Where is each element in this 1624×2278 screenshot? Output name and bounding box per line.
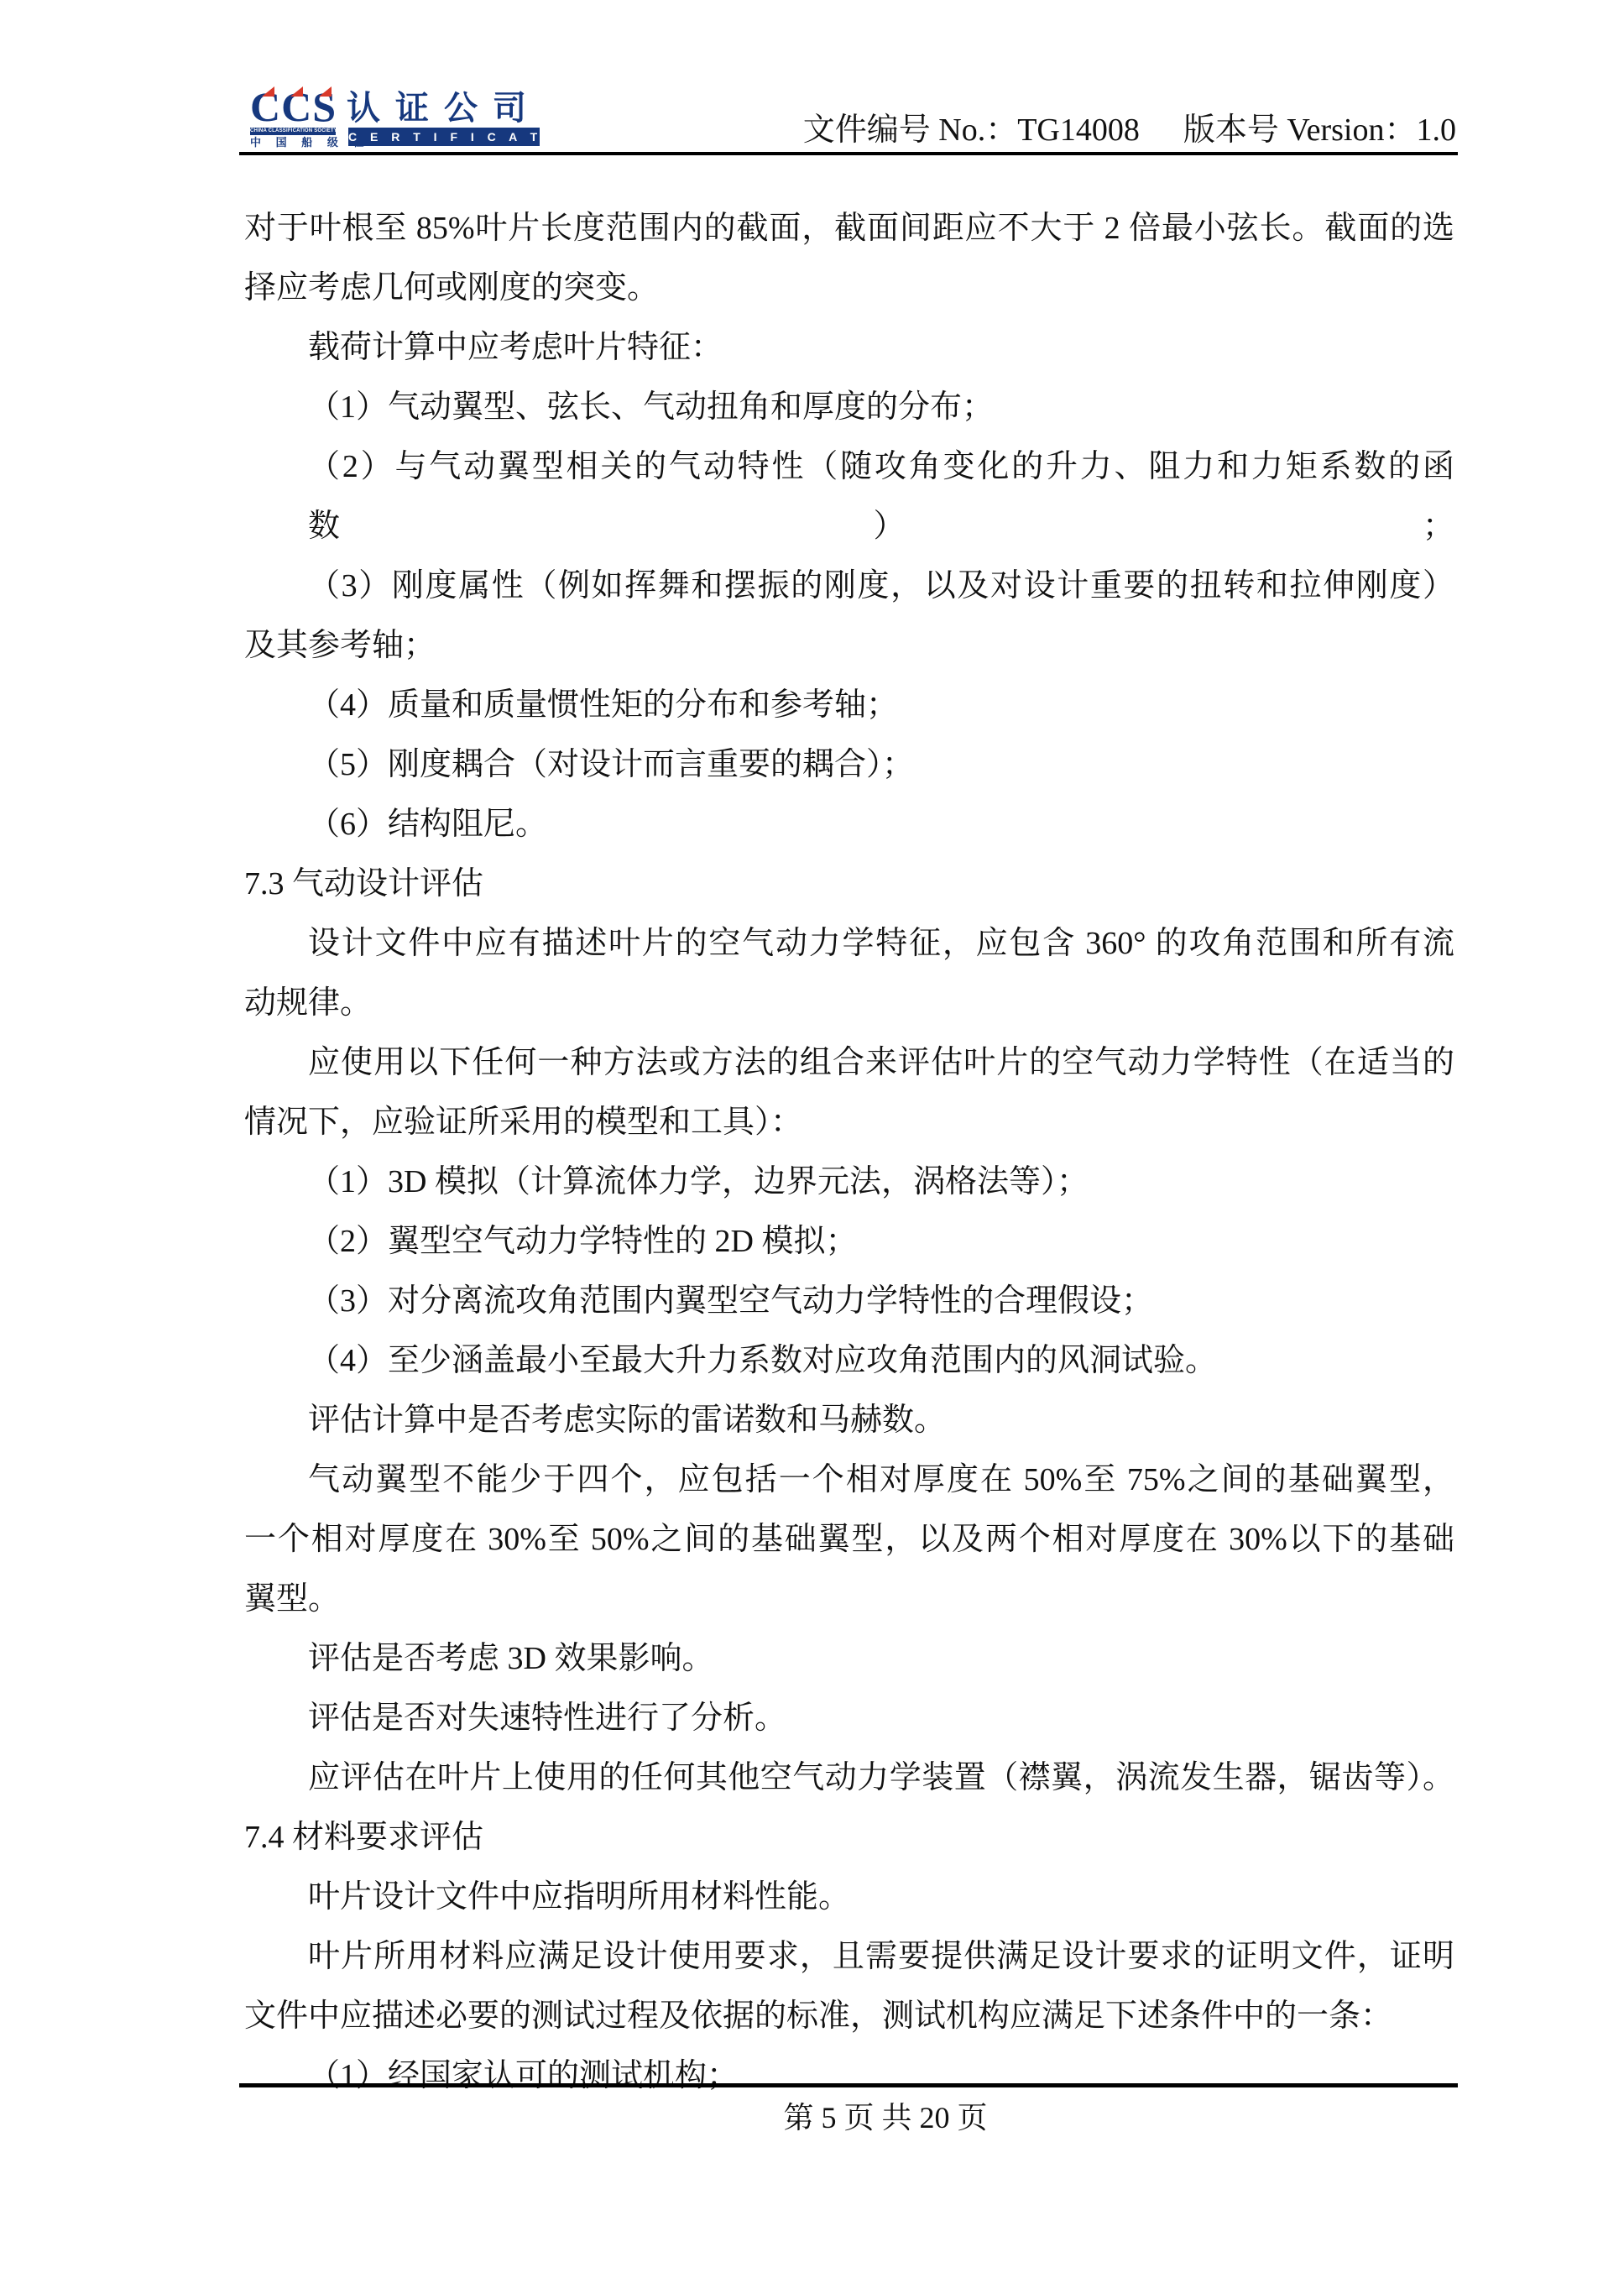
body-line: （6）结构阻尼。 [244, 795, 1454, 854]
body-line: 翼型。 [244, 1570, 1454, 1629]
logo-company-name: 认证公司 [347, 92, 541, 124]
body-line: 叶片所用材料应满足设计使用要求，且需要提供满足设计要求的证明文件，证明 [244, 1927, 1454, 1987]
logo-society-column: CHINA CLASSIFICATION SOCIETY 中 国 船 级 社 [250, 128, 336, 148]
logo-bottom-row: CHINA CLASSIFICATION SOCIETY 中 国 船 级 社 C… [250, 128, 541, 148]
body-line: （5）刚度耦合（对设计而言重要的耦合）； [244, 735, 1454, 795]
header-meta: 文件编号 No.：TG14008 版本号 Version：1.0 [803, 112, 1456, 149]
document-page: CCS 认证公司 CHINA CLASSIFICATION SOCIETY 中 … [0, 0, 1624, 2278]
body-line: 评估计算中是否考虑实际的雷诺数和马赫数。 [244, 1391, 1454, 1450]
body-line: 评估是否对失速特性进行了分析。 [244, 1689, 1454, 1748]
body-line: （4）至少涵盖最小至最大升力系数对应攻角范围内的风洞试验。 [244, 1331, 1454, 1391]
doc-version: 版本号 Version：1.0 [1183, 112, 1456, 149]
body-line: （1）气动翼型、弦长、气动扭角和厚度的分布； [244, 378, 1454, 437]
logo-society-cn: 中 国 船 级 社 [250, 137, 336, 148]
logo-certification-band: C E R T I F I C A T I O N [348, 128, 540, 146]
body-line: 动规律。 [244, 974, 1454, 1033]
body-line: 一个相对厚度在 30%至 50%之间的基础翼型，以及两个相对厚度在 30%以下的… [244, 1510, 1454, 1570]
doc-number: 文件编号 No.：TG14008 [803, 112, 1140, 149]
body-line: 应评估在叶片上使用的任何其他空气动力学装置（襟翼，涡流发生器，锯齿等）。 [244, 1748, 1454, 1808]
body-line: 对于叶根至 85%叶片长度范围内的截面，截面间距应不大于 2 倍最小弦长。截面的… [244, 199, 1454, 259]
body-line: （1）3D 模拟（计算流体力学，边界元法，涡格法等）； [244, 1152, 1454, 1212]
logo-top-row: CCS 认证公司 [250, 89, 541, 124]
body-line: （2）翼型空气动力学特性的 2D 模拟； [244, 1212, 1454, 1272]
body-line: 择应考虑几何或刚度的突变。 [244, 259, 1454, 318]
document-body: 对于叶根至 85%叶片长度范围内的截面，截面间距应不大于 2 倍最小弦长。截面的… [244, 199, 1454, 2106]
body-line: （3）对分离流攻角范围内翼型空气动力学特性的合理假设； [244, 1272, 1454, 1331]
body-line: 评估是否考虑 3D 效果影响。 [244, 1629, 1454, 1689]
body-line: （3）刚度属性（例如挥舞和摆振的刚度，以及对设计重要的扭转和拉伸刚度） [244, 556, 1454, 616]
body-line: 应使用以下任何一种方法或方法的组合来评估叶片的空气动力学特性（在适当的 [244, 1033, 1454, 1093]
header-rule [239, 152, 1458, 155]
page-number: 第 5 页 共 20 页 [276, 2098, 1495, 2137]
body-line: 气动翼型不能少于四个，应包括一个相对厚度在 50%至 75%之间的基础翼型， [244, 1450, 1454, 1510]
body-line: （4）质量和质量惯性矩的分布和参考轴； [244, 676, 1454, 735]
body-line: 情况下，应验证所采用的模型和工具）： [244, 1093, 1454, 1152]
body-line: 文件中应描述必要的测试过程及依据的标准，测试机构应满足下述条件中的一条： [244, 1987, 1454, 2046]
footer-rule [239, 2083, 1458, 2087]
body-line: （1）经国家认可的测试机构； [244, 2046, 1454, 2106]
body-line: 7.3 气动设计评估 [244, 854, 1454, 914]
ccs-logo-text: CCS [250, 83, 337, 130]
body-line: 叶片设计文件中应指明所用材料性能。 [244, 1868, 1454, 1927]
ccs-logo: CCS 认证公司 CHINA CLASSIFICATION SOCIETY 中 … [250, 89, 541, 148]
body-line: 及其参考轴； [244, 616, 1454, 676]
ccs-letters: CCS [250, 89, 336, 124]
body-line: 载荷计算中应考虑叶片特征： [244, 318, 1454, 378]
body-line: （2）与气动翼型相关的气动特性（随攻角变化的升力、阻力和力矩系数的函数）； [244, 437, 1454, 556]
body-line: 设计文件中应有描述叶片的空气动力学特征，应包含 360° 的攻角范围和所有流 [244, 914, 1454, 974]
body-line: 7.4 材料要求评估 [244, 1808, 1454, 1868]
